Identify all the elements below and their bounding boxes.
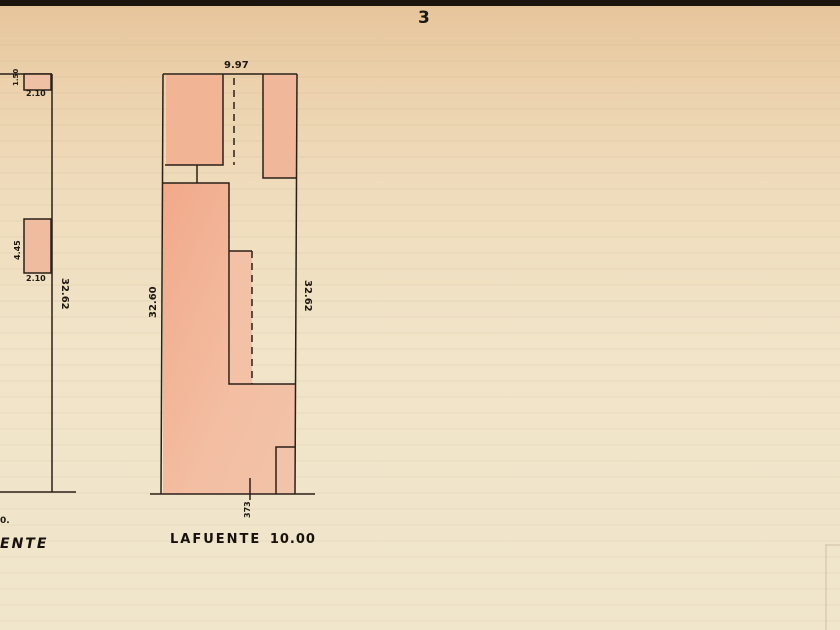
top-width-label: 9.97 (224, 60, 249, 71)
left-street-label: ENTE (0, 536, 48, 552)
left-mid-box-height-label: 4.45 (13, 240, 22, 260)
right-parcel (150, 74, 315, 500)
front-width-label: 10.00 (270, 532, 316, 547)
left-side-length-dimension: 32.60 (148, 286, 159, 318)
street-name: LAFUENTE (170, 532, 261, 547)
left-mid-box-width-label: 2.10 (26, 274, 46, 283)
left-front-label-fragment: 0. (0, 516, 10, 526)
faint-table-outline (825, 545, 840, 630)
floor-plan-drawing (0, 0, 840, 630)
left-top-box-width-label: 2.10 (26, 89, 46, 98)
house-number-label: 373 (243, 501, 252, 518)
left-side-length-label: 32.62 (59, 278, 70, 310)
street-name-label: LAFUENTE 10.00 (170, 532, 316, 547)
right-side-length-dimension: 32.62 (302, 280, 313, 312)
left-top-box-height-label: 1.50 (12, 69, 20, 86)
